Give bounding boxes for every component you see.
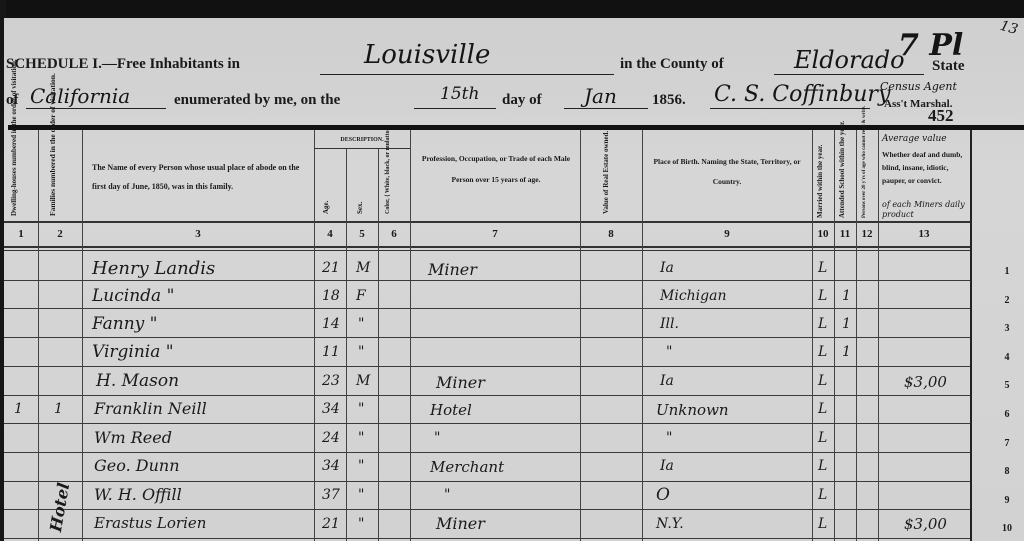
age: 34 xyxy=(322,458,340,474)
place-underline xyxy=(320,74,614,75)
birthplace: N.Y. xyxy=(656,516,684,532)
col-number: 6 xyxy=(378,228,410,240)
state-underline xyxy=(26,108,166,109)
married-mark: L xyxy=(818,373,827,389)
age: 24 xyxy=(322,430,340,446)
county-label: in the County of xyxy=(620,56,724,73)
county-name: Eldorado xyxy=(794,46,905,74)
person-name: Henry Landis xyxy=(92,258,215,279)
line-number: 6 xyxy=(996,409,1018,420)
col-divider xyxy=(378,148,379,541)
line-number: 3 xyxy=(996,323,1018,334)
line-number: 8 xyxy=(996,466,1018,477)
col-number: 2 xyxy=(38,228,82,240)
occupation: " xyxy=(444,487,450,503)
marshal-signature: C. S. Coffinbury xyxy=(714,82,890,107)
col-divider xyxy=(856,130,857,541)
enumerated-label: enumerated by me, on the xyxy=(174,92,340,109)
age: 37 xyxy=(322,487,340,503)
col7-header: Profession, Occupation, or Trade of each… xyxy=(418,148,574,190)
col1-header: Dwelling-houses numbered in the order of… xyxy=(10,130,19,216)
row-rule xyxy=(4,280,970,281)
county-underline xyxy=(774,74,924,75)
birthplace: Ia xyxy=(660,458,674,474)
sex: " xyxy=(358,401,364,417)
place-name: Louisville xyxy=(364,40,490,70)
sex: " xyxy=(358,344,364,360)
row-rule xyxy=(4,366,970,367)
col-divider xyxy=(642,130,643,541)
married-mark: L xyxy=(818,344,827,360)
line-number: 2 xyxy=(996,295,1018,306)
line-number: 9 xyxy=(996,495,1018,506)
col-number: 9 xyxy=(642,228,812,240)
person-name: H. Mason xyxy=(96,371,179,391)
col6-header: Color, { White, black, or mulatto. xyxy=(384,150,393,214)
col-divider xyxy=(346,148,347,541)
table-top-rule xyxy=(8,125,1024,130)
birthplace: Ill. xyxy=(660,316,679,332)
col-divider xyxy=(580,130,581,541)
married-mark: L xyxy=(818,487,827,503)
col5-header: Sex. xyxy=(356,202,365,214)
person-name: Virginia " xyxy=(92,342,174,362)
colnum-bottom-rule xyxy=(4,246,970,248)
row-rule xyxy=(4,452,970,453)
age: 11 xyxy=(322,344,340,360)
row-rule xyxy=(4,395,970,396)
occupation: Merchant xyxy=(430,458,504,476)
col-number: 7 xyxy=(410,228,580,240)
person-name: Franklin Neill xyxy=(94,399,207,418)
schedule-title: SCHEDULE I.—Free Inhabitants in xyxy=(6,56,240,73)
month-value: Jan xyxy=(584,84,617,108)
age: 34 xyxy=(322,401,340,417)
col-divider xyxy=(38,130,39,541)
occupation: Miner xyxy=(428,260,477,279)
col13-header: Whether deaf and dumb, blind, insane, id… xyxy=(882,148,968,187)
married-mark: L xyxy=(818,260,827,276)
col9-header: Place of Birth. Naming the State, Territ… xyxy=(652,152,802,192)
married-mark: L xyxy=(818,288,827,304)
row-rule xyxy=(4,423,970,424)
sex: M xyxy=(356,373,370,389)
col4-header: Age. xyxy=(322,201,331,214)
occupation: Miner xyxy=(436,514,485,533)
col-divider xyxy=(82,130,83,541)
description-divider xyxy=(314,148,410,149)
school-mark: 1 xyxy=(842,344,851,360)
birthplace: Unknown xyxy=(656,401,729,419)
line-number: 5 xyxy=(996,380,1018,391)
col13-value: $3,00 xyxy=(904,515,947,533)
married-mark: L xyxy=(818,516,827,532)
sex: " xyxy=(358,430,364,446)
birthplace: O xyxy=(656,485,670,505)
col-number: 12 xyxy=(856,228,878,240)
signature-underline xyxy=(710,108,870,109)
col-divider xyxy=(812,130,813,541)
col-number: 11 xyxy=(834,228,856,240)
col-number: 13 xyxy=(878,228,970,240)
col-number: 5 xyxy=(346,228,378,240)
col-number: 10 xyxy=(812,228,834,240)
colnum-bottom-rule-2 xyxy=(4,250,970,251)
sex: M xyxy=(356,260,370,276)
day-underline xyxy=(414,108,496,109)
occupation: Miner xyxy=(436,373,485,392)
sex: F xyxy=(356,288,366,304)
state-name: California xyxy=(30,84,130,108)
birthplace: Michigan xyxy=(660,288,726,304)
col13-handwritten-bottom: of each Miners daily product xyxy=(882,200,968,220)
married-mark: L xyxy=(818,401,827,417)
occupation: Hotel xyxy=(430,401,472,419)
col11-header: Attended School within the year. xyxy=(838,130,847,218)
col2-header: Families numbered in the order of visita… xyxy=(48,130,57,216)
married-mark: L xyxy=(818,458,827,474)
day-value: 15th xyxy=(440,84,479,104)
line-number: 4 xyxy=(996,352,1018,363)
school-mark: 1 xyxy=(842,288,851,304)
sex: " xyxy=(358,516,364,532)
person-name: W. H. Offill xyxy=(94,485,182,504)
row-rule xyxy=(4,481,970,482)
year-value: 1856. xyxy=(652,92,686,109)
col-number: 3 xyxy=(82,228,314,240)
row-rule xyxy=(4,538,970,539)
birthplace: " xyxy=(666,430,672,446)
age: 23 xyxy=(322,373,340,389)
hotel-annotation: Hotel xyxy=(46,481,73,533)
col-number: 4 xyxy=(314,228,346,240)
day-of-label: day of xyxy=(502,92,542,109)
line-number: 1 xyxy=(996,266,1018,277)
age: 18 xyxy=(322,288,340,304)
school-mark: 1 xyxy=(842,316,851,332)
age: 14 xyxy=(322,316,340,332)
col8-header: Value of Real Estate owned. xyxy=(602,134,611,214)
person-name: Wm Reed xyxy=(94,428,172,447)
row-rule xyxy=(4,509,970,510)
corner-mark: 13 xyxy=(998,18,1019,38)
col-number: 8 xyxy=(580,228,642,240)
page-number: 452 xyxy=(928,106,954,126)
census-page: SCHEDULE I.—Free Inhabitants in Louisvil… xyxy=(4,18,1024,541)
birthplace: " xyxy=(666,344,672,360)
col12-header: Persons over 20 y'rs of age who cannot r… xyxy=(860,130,869,218)
person-name: Erastus Lorien xyxy=(94,514,206,532)
occupation: " xyxy=(434,430,440,446)
table-right-border xyxy=(970,130,972,541)
birthplace: Ia xyxy=(660,373,674,389)
married-mark: L xyxy=(818,316,827,332)
header-bottom-rule xyxy=(4,221,970,223)
month-underline xyxy=(564,108,648,109)
line-number: 7 xyxy=(996,438,1018,449)
person-name: Lucinda " xyxy=(92,286,174,306)
description-header: DESCRIPTION. xyxy=(314,134,410,146)
person-name: Geo. Dunn xyxy=(94,456,180,475)
person-name: Fanny " xyxy=(92,314,158,334)
col-divider xyxy=(410,130,411,541)
col13-handwritten-top: Average value xyxy=(882,134,947,144)
state-label: State xyxy=(932,58,965,75)
dwelling-number: 1 xyxy=(14,401,23,417)
birthplace: Ia xyxy=(660,260,674,276)
line-number: 10 xyxy=(996,523,1018,534)
married-mark: L xyxy=(818,430,827,446)
col3-header: The Name of every Person whose usual pla… xyxy=(92,158,308,196)
col-divider xyxy=(878,130,879,541)
col-divider xyxy=(314,130,315,541)
sex: " xyxy=(358,458,364,474)
row-rule xyxy=(4,337,970,338)
age: 21 xyxy=(322,516,340,532)
sex: " xyxy=(358,316,364,332)
marshal-note: Census Agent xyxy=(880,80,957,93)
age: 21 xyxy=(322,260,340,276)
col-number: 1 xyxy=(4,228,38,240)
col13-value: $3,00 xyxy=(904,373,947,391)
row-rule xyxy=(4,308,970,309)
col10-header: Married within the year. xyxy=(816,130,825,218)
col-divider xyxy=(834,130,835,541)
sex: " xyxy=(358,487,364,503)
family-number: 1 xyxy=(54,401,63,417)
